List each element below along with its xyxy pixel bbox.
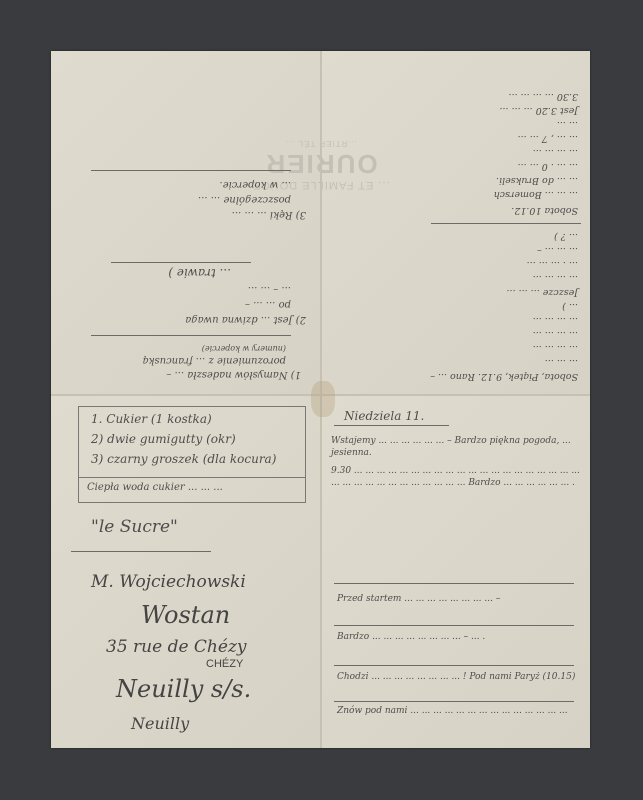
divider [334, 625, 574, 626]
diary-paragraph: Bardzo ... ... ... ... ... ... ... ... –… [337, 631, 577, 643]
note-line: 3) Ręki ... ... ... [232, 208, 306, 222]
diary-line: ... ... , 7 ... ... [518, 131, 578, 144]
letter-sheet: ... ET FAMILLE DOUCE OURIER ...RTIER TÉL… [51, 51, 590, 748]
note-line: (numery w kopercie) [202, 342, 286, 353]
address-city: Neuilly s/s. [116, 673, 251, 705]
diary-line: ... ? ) [554, 229, 578, 242]
list-item: 3) czarny groszek (dla kocura) [91, 451, 276, 467]
diary-line: ... ... ... – [537, 243, 578, 256]
diary-line: ... ... ... Bomersch [494, 187, 578, 200]
top-right-diary: Sobota, Piątek, 9.12. Rano ... – ... ...… [331, 56, 586, 386]
diary-line: Sobota, Piątek, 9.12. Rano ... – [430, 369, 578, 382]
diary-line: ... . ... ... ... [527, 257, 578, 270]
diary-line: ... ... ... ... [533, 341, 578, 354]
note-line: ... – ... ... [248, 283, 291, 297]
diary-line: ... ... . 0 ... ... [518, 159, 578, 172]
note-line: porozumienie z ... francuską [142, 354, 286, 368]
address-correction: CHÉZY [206, 657, 243, 672]
diary-line: ... ... ... ... [533, 271, 578, 284]
diary-line: ... ... ... ... [533, 145, 578, 158]
diary-line: ... ) [562, 299, 578, 312]
note-line: poszczególne ... ... [198, 193, 291, 207]
diary-paragraph: Chodzi ... ... ... ... ... ... ... ... !… [337, 671, 577, 683]
bottom-right-diary: Niedziela 11. Wstajemy ... ... ... ... .… [329, 403, 584, 743]
divider [431, 223, 581, 224]
address-street: 35 rue de Chézy [106, 636, 247, 659]
note-line: po ... ... – [245, 298, 291, 312]
divider [334, 701, 574, 702]
note-line: ... trawie ) [168, 265, 231, 281]
note-line: 2) Jest ... dziwna uwaga [185, 313, 306, 327]
note-line: 1) Namysłów nadeszła ... – [166, 368, 301, 382]
divider [91, 170, 291, 171]
divider [334, 583, 574, 584]
diary-paragraph: Przed startem ... ... ... ... ... ... ..… [337, 593, 577, 605]
diary-line: Jest 3.20 ... ... ... [499, 103, 578, 116]
diary-line: ... ... [557, 117, 578, 130]
diary-line: ... ... do Brukseli. [496, 173, 578, 186]
diary-line: ... ... ... ... [533, 327, 578, 340]
divider [79, 477, 305, 478]
diary-heading: Niedziela 11. [344, 408, 424, 424]
diary-line: 3.30 ... ... ... ... [509, 89, 578, 102]
diary-paragraph: 9.30 ... ... ... ... ... ... ... ... ...… [331, 465, 581, 489]
list-title: "le Sucre" [91, 516, 178, 539]
divider [71, 551, 211, 552]
divider [334, 665, 574, 666]
divider [334, 425, 449, 426]
list-note: Ciepła woda cukier ... ... ... [87, 481, 223, 495]
diary-line: ... ... ... [545, 355, 578, 368]
top-left-notes: 1) Namysłów nadeszła ... – porozumienie … [71, 111, 311, 381]
divider [91, 335, 291, 336]
list-item: 1. Cukier (1 kostka) [91, 411, 212, 427]
diary-line: ... ... ... ... [533, 313, 578, 326]
address-recipient: Wostan [141, 599, 230, 631]
diary-line: Jeszcze ... ... ... [507, 285, 579, 298]
address-city-repeat: Neuilly [131, 713, 189, 735]
divider [111, 262, 251, 263]
note-line: ... w kopercie. [219, 178, 291, 192]
diary-paragraph: Wstajemy ... ... ... ... ... ... – Bardz… [331, 435, 581, 459]
diary-line: Sobota 10.12. [511, 203, 578, 216]
list-item: 2) dwie gumigutty (okr) [91, 431, 236, 447]
address-name: M. Wojciechowski [91, 571, 246, 594]
diary-paragraph: Znów pod nami ... ... ... ... ... ... ..… [337, 705, 577, 717]
shopping-list-box: 1. Cukier (1 kostka) 2) dwie gumigutty (… [78, 406, 306, 503]
